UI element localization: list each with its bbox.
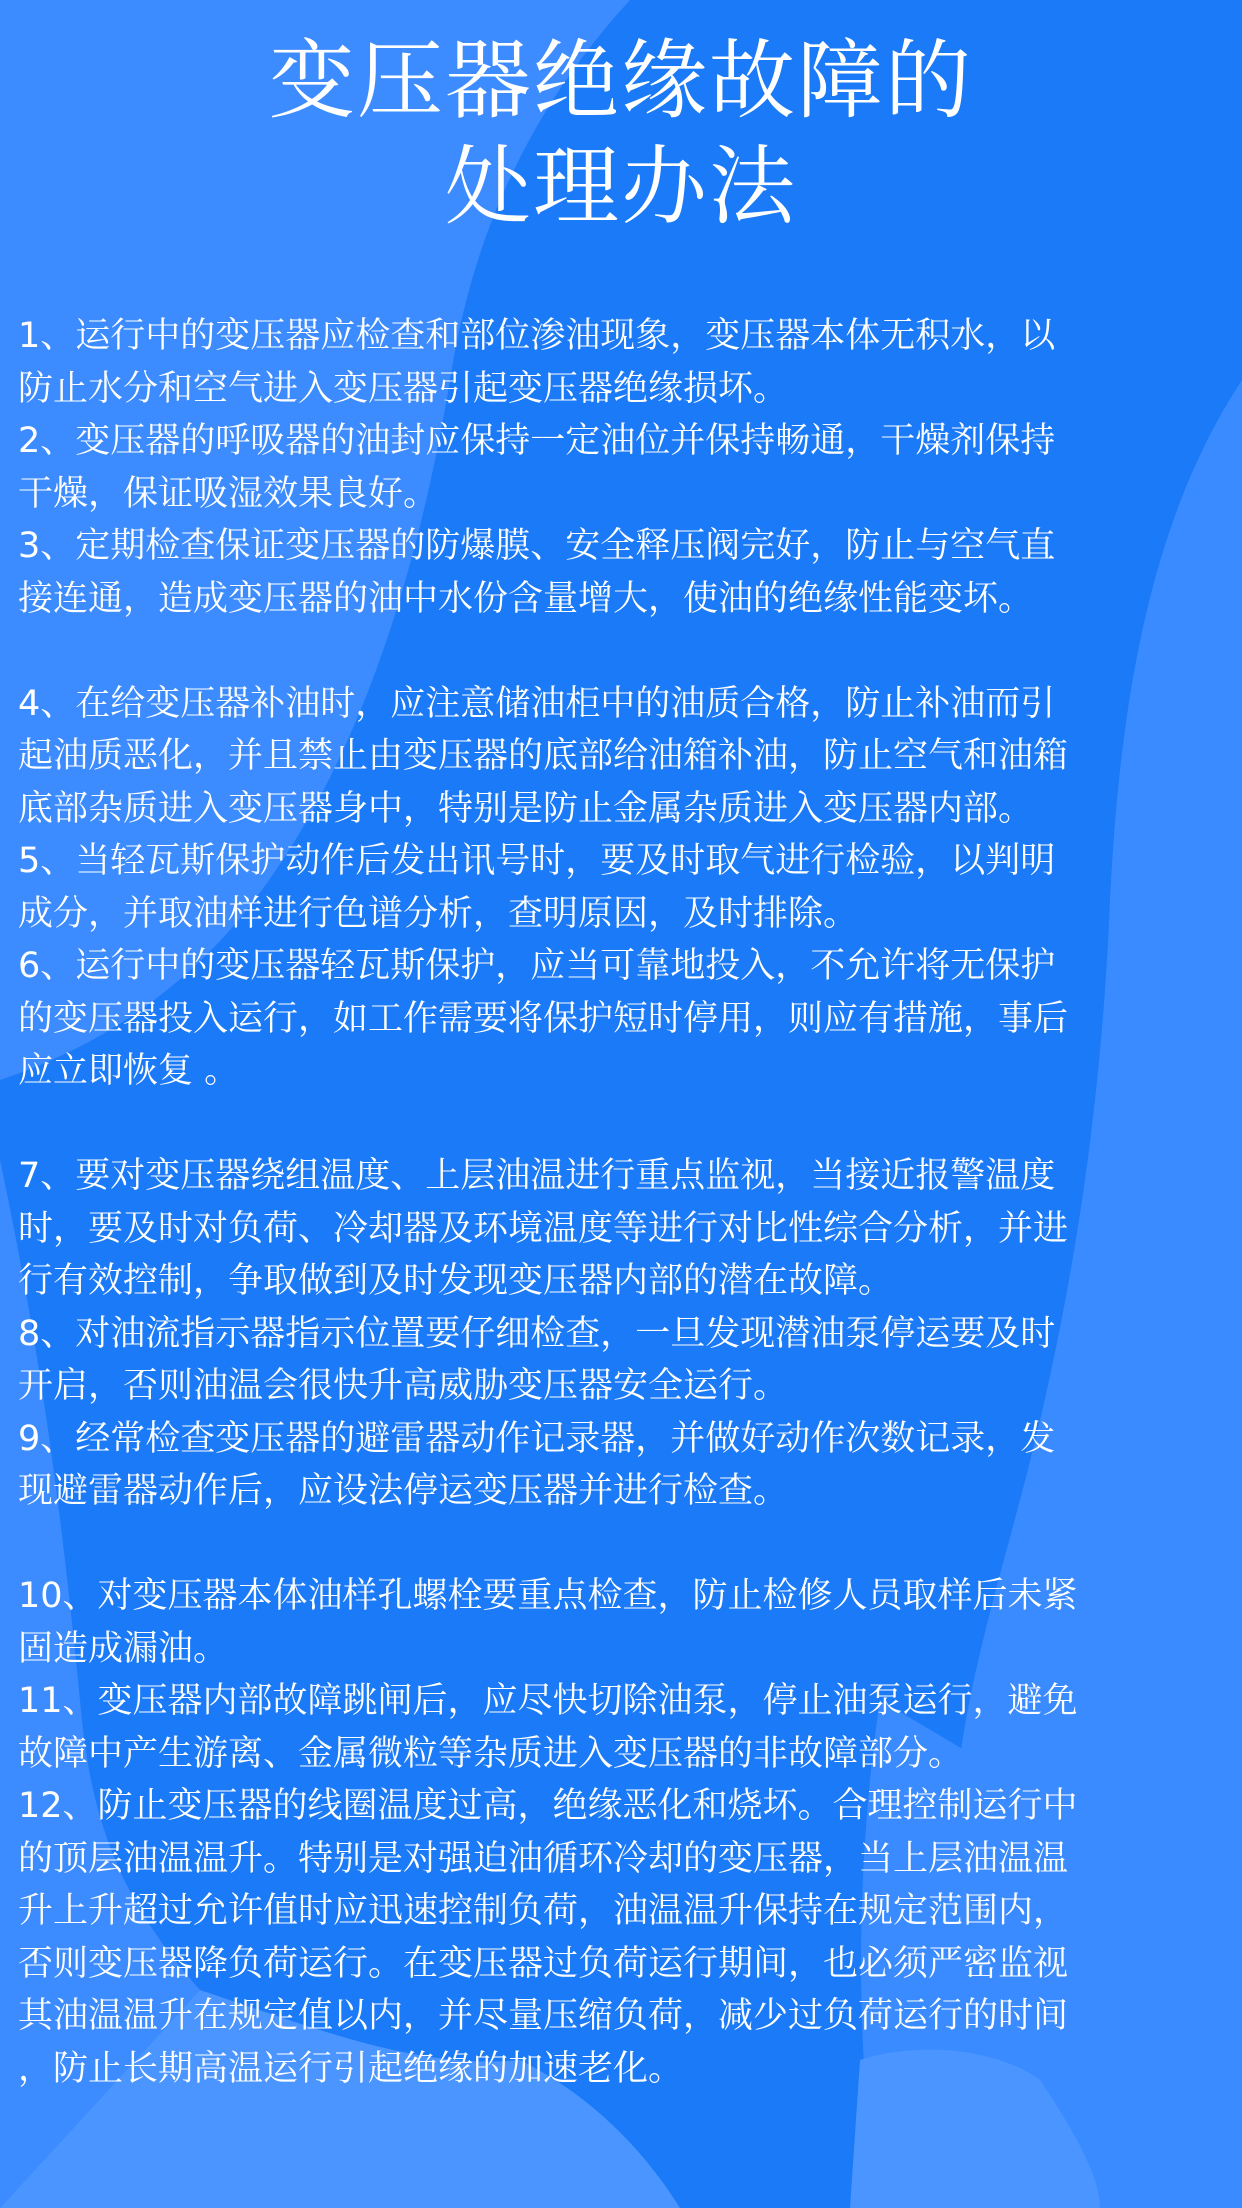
text-line: 其油温温升在规定值以内，并尽量压缩负荷，减少过负荷运行的时间 — [18, 1990, 1230, 2043]
text-line: 11、变压器内部故障跳闸后，应尽快切除油泵，停止油泵运行，避免 — [18, 1675, 1230, 1728]
text-line: 时，要及时对负荷、冷却器及环境温度等进行对比性综合分析，并进 — [18, 1203, 1230, 1256]
text-line: 防止水分和空气进入变压器引起变压器绝缘损坏。 — [18, 363, 1230, 416]
section-3: 7、要对变压器绕组温度、上层油温进行重点监视，当接近报警温度 时，要及时对负荷、… — [18, 1150, 1230, 1518]
spacer — [18, 1098, 1230, 1151]
title-line-1: 变压器绝缘故障的 — [0, 28, 1242, 134]
page-title: 变压器绝缘故障的 处理办法 — [0, 28, 1242, 240]
text-line: 固造成漏油。 — [18, 1623, 1230, 1676]
text-line: 接连通，造成变压器的油中水份含量增大，使油的绝缘性能变坏。 — [18, 573, 1230, 626]
text-line: 6、运行中的变压器轻瓦斯保护，应当可靠地投入，不允许将无保护 — [18, 940, 1230, 993]
text-line: 开启，否则油温会很快升高威胁变压器安全运行。 — [18, 1360, 1230, 1413]
text-line: 7、要对变压器绕组温度、上层油温进行重点监视，当接近报警温度 — [18, 1150, 1230, 1203]
text-line: 的顶层油温温升。特别是对强迫油循环冷却的变压器，当上层油温温 — [18, 1833, 1230, 1886]
text-line: 底部杂质进入变压器身中，特别是防止金属杂质进入变压器内部。 — [18, 783, 1230, 836]
title-line-2: 处理办法 — [0, 134, 1242, 240]
text-line: 起油质恶化，并且禁止由变压器的底部给油箱补油，防止空气和油箱 — [18, 730, 1230, 783]
text-line: 成分，并取油样进行色谱分析，查明原因，及时排除。 — [18, 888, 1230, 941]
text-line: 4、在给变压器补油时，应注意储油柜中的油质合格，防止补油而引 — [18, 678, 1230, 731]
text-line: 8、对油流指示器指示位置要仔细检查，一旦发现潜油泵停运要及时 — [18, 1308, 1230, 1361]
article-body: 1、运行中的变压器应检查和部位渗油现象，变压器本体无积水，以 防止水分和空气进入… — [18, 310, 1230, 2095]
text-line: 否则变压器降负荷运行。在变压器过负荷运行期间，也必须严密监视 — [18, 1938, 1230, 1991]
text-line: 1、运行中的变压器应检查和部位渗油现象，变压器本体无积水，以 — [18, 310, 1230, 363]
text-line: 故障中产生游离、金属微粒等杂质进入变压器的非故障部分。 — [18, 1728, 1230, 1781]
spacer — [18, 1518, 1230, 1571]
text-line: 5、当轻瓦斯保护动作后发出讯号时，要及时取气进行检验，以判明 — [18, 835, 1230, 888]
text-line: 的变压器投入运行，如工作需要将保护短时停用，则应有措施，事后 — [18, 993, 1230, 1046]
section-1: 1、运行中的变压器应检查和部位渗油现象，变压器本体无积水，以 防止水分和空气进入… — [18, 310, 1230, 625]
text-line: 2、变压器的呼吸器的油封应保持一定油位并保持畅通，干燥剂保持 — [18, 415, 1230, 468]
text-line: ，防止长期高温运行引起绝缘的加速老化。 — [18, 2043, 1230, 2096]
section-4: 10、对变压器本体油样孔螺栓要重点检查，防止检修人员取样后未紧 固造成漏油。 1… — [18, 1570, 1230, 2095]
text-line: 12、防止变压器的线圈温度过高，绝缘恶化和烧坏。合理控制运行中 — [18, 1780, 1230, 1833]
spacer — [18, 625, 1230, 678]
text-line: 3、定期检查保证变压器的防爆膜、安全释压阀完好，防止与空气直 — [18, 520, 1230, 573]
text-line: 10、对变压器本体油样孔螺栓要重点检查，防止检修人员取样后未紧 — [18, 1570, 1230, 1623]
text-line: 应立即恢复 。 — [18, 1045, 1230, 1098]
text-line: 干燥，保证吸湿效果良好。 — [18, 468, 1230, 521]
text-line: 行有效控制，争取做到及时发现变压器内部的潜在故障。 — [18, 1255, 1230, 1308]
section-2: 4、在给变压器补油时，应注意储油柜中的油质合格，防止补油而引 起油质恶化，并且禁… — [18, 678, 1230, 1098]
text-line: 9、经常检查变压器的避雷器动作记录器，并做好动作次数记录，发 — [18, 1413, 1230, 1466]
text-line: 现避雷器动作后，应设法停运变压器并进行检查。 — [18, 1465, 1230, 1518]
text-line: 升上升超过允许值时应迅速控制负荷，油温温升保持在规定范围内， — [18, 1885, 1230, 1938]
